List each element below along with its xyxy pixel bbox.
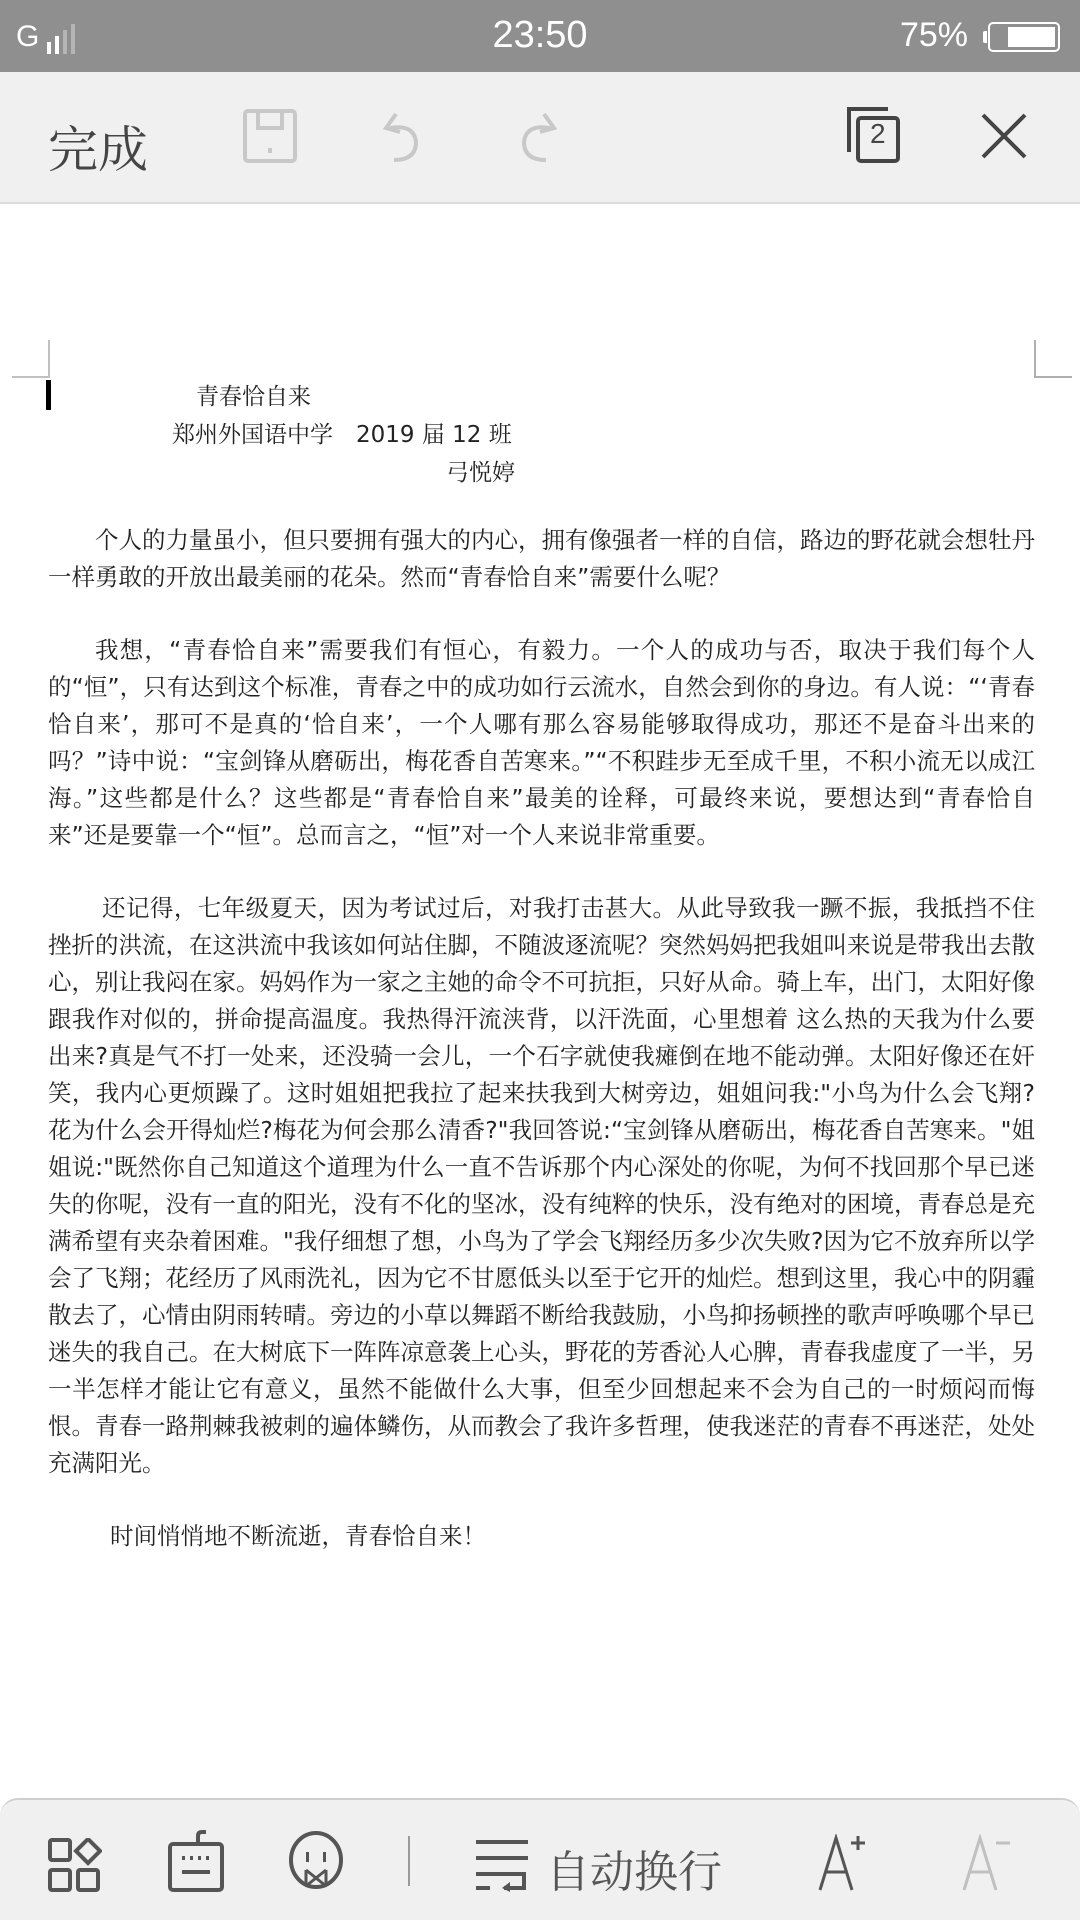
battery-level <box>1008 27 1055 47</box>
paragraph: 时间悄悄地不断流逝，青春恰自来！ <box>48 1518 1035 1555</box>
page-margin-corner-mark <box>12 340 50 378</box>
page-margin-corner-mark <box>1034 340 1072 378</box>
document-title: 青春恰自来 <box>196 378 311 411</box>
close-icon[interactable] <box>980 112 1028 164</box>
window-count: 2 <box>870 118 886 150</box>
battery-percent: 75% <box>900 16 968 55</box>
auto-wrap-toggle[interactable]: 自动换行 <box>546 1836 722 1900</box>
status-bar: G 23:50 75% <box>0 0 1080 72</box>
window-switcher-button[interactable]: 2 <box>846 106 902 168</box>
document-school-line: 郑州外国语中学 2019 届 12 班 <box>172 416 512 449</box>
undo-icon[interactable] <box>378 108 428 168</box>
redo-icon[interactable] <box>512 108 562 168</box>
face-icon[interactable] <box>288 1830 344 1894</box>
toolbar-divider <box>408 1836 410 1886</box>
word-wrap-icon[interactable] <box>474 1838 530 1896</box>
paragraph: 个人的力量虽小，但只要拥有强大的内心，拥有像强者一样的自信，路边的野花就会想牡丹… <box>48 522 1035 596</box>
font-increase-icon[interactable] <box>816 1834 868 1896</box>
font-decrease-icon[interactable] <box>960 1834 1012 1896</box>
bottom-toolbar: 自动换行 <box>0 1798 1080 1920</box>
paragraph: 还记得，七年级夏天，因为考试过后，对我打击甚大。从此导致我一蹶不振，我抵挡不住挫… <box>48 890 1035 1482</box>
save-icon[interactable] <box>242 108 298 168</box>
paragraph: 我想，“青春恰自来”需要我们有恒心，有毅力。一个人的成功与否，取决于我们每个人的… <box>48 632 1035 854</box>
document-page[interactable]: 青春恰自来 郑州外国语中学 2019 届 12 班 弓悦婷 个人的力量虽小，但只… <box>0 204 1080 1798</box>
battery-icon <box>988 22 1060 52</box>
done-button[interactable]: 完成 <box>48 110 148 182</box>
document-body[interactable]: 个人的力量虽小，但只要拥有强大的内心，拥有像强者一样的自信，路边的野花就会想牡丹… <box>48 522 1035 1555</box>
document-author: 弓悦婷 <box>446 454 515 487</box>
apps-grid-icon[interactable] <box>48 1838 102 1896</box>
editor-toolbar: 完成 2 <box>0 72 1080 204</box>
keyboard-icon[interactable] <box>168 1830 224 1896</box>
text-cursor <box>46 380 51 410</box>
